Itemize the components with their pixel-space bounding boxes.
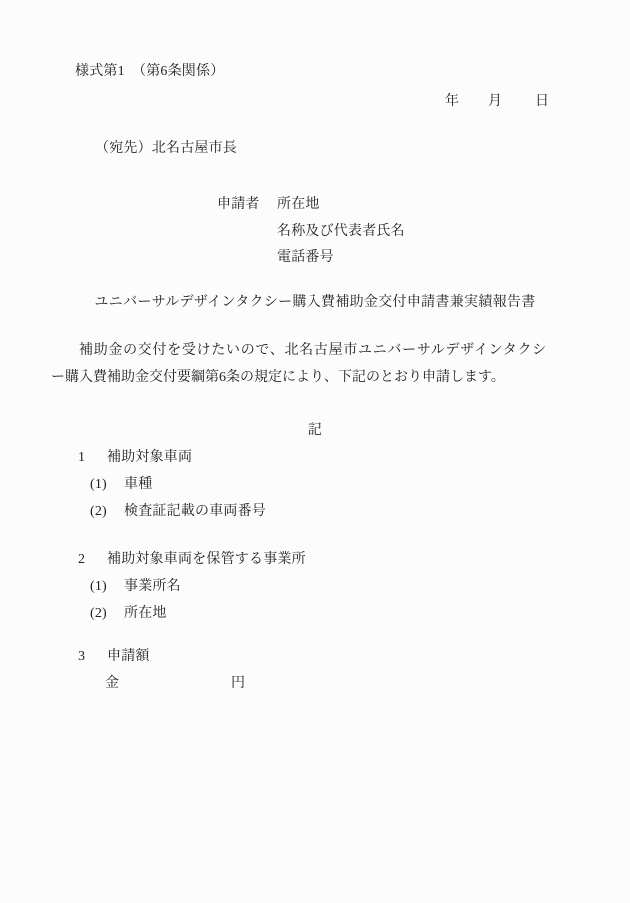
applicant-address-label: 所在地: [277, 196, 320, 214]
date-month-label: 月: [488, 93, 502, 111]
section-2-item-1-label: 事業所名: [124, 578, 181, 596]
amount-yen-prefix: 金: [105, 675, 119, 693]
applicant-phone-label: 電話番号: [277, 249, 334, 267]
notation-marker: 記: [0, 422, 630, 440]
section-1-heading: 補助対象車両: [107, 449, 192, 467]
section-1-number: 1: [78, 449, 85, 467]
amount-yen-suffix: 円: [231, 675, 245, 693]
body-paragraph-line-1: 補助金の交付を受けたいので、北名古屋市ユニバーサルデザインタクシ: [79, 342, 547, 360]
section-2-item-1-number: (1): [90, 578, 107, 596]
section-2-number: 2: [78, 551, 85, 569]
section-1-item-1-label: 車種: [124, 476, 152, 494]
section-1-item-2-number: (2): [90, 503, 107, 521]
section-2-item-2-label: 所在地: [124, 605, 167, 623]
body-paragraph-line-2: ー購入費補助金交付要綱第6条の規定により、下記のとおり申請します。: [51, 369, 505, 387]
section-3-heading: 申請額: [107, 648, 150, 666]
addressee-line: （宛先）北名古屋市長: [95, 140, 237, 158]
document-page: 様式第1 （第6条関係） 年 月 日 （宛先）北名古屋市長 申請者 所在地 名称…: [0, 0, 630, 903]
date-year-label: 年: [445, 93, 459, 111]
applicant-label: 申請者: [217, 196, 260, 214]
section-1-item-1-number: (1): [90, 476, 107, 494]
section-1-item-2-label: 検査証記載の車両番号: [124, 503, 266, 521]
applicant-name-label: 名称及び代表者氏名: [277, 223, 405, 241]
form-style-label: 様式第1 （第6条関係）: [75, 63, 224, 81]
section-2-heading: 補助対象車両を保管する事業所: [107, 551, 306, 569]
date-day-label: 日: [535, 93, 549, 111]
document-title: ユニバーサルデザインタクシー購入費補助金交付申請書兼実績報告書: [0, 294, 630, 312]
section-2-item-2-number: (2): [90, 605, 107, 623]
section-3-number: 3: [78, 648, 85, 666]
